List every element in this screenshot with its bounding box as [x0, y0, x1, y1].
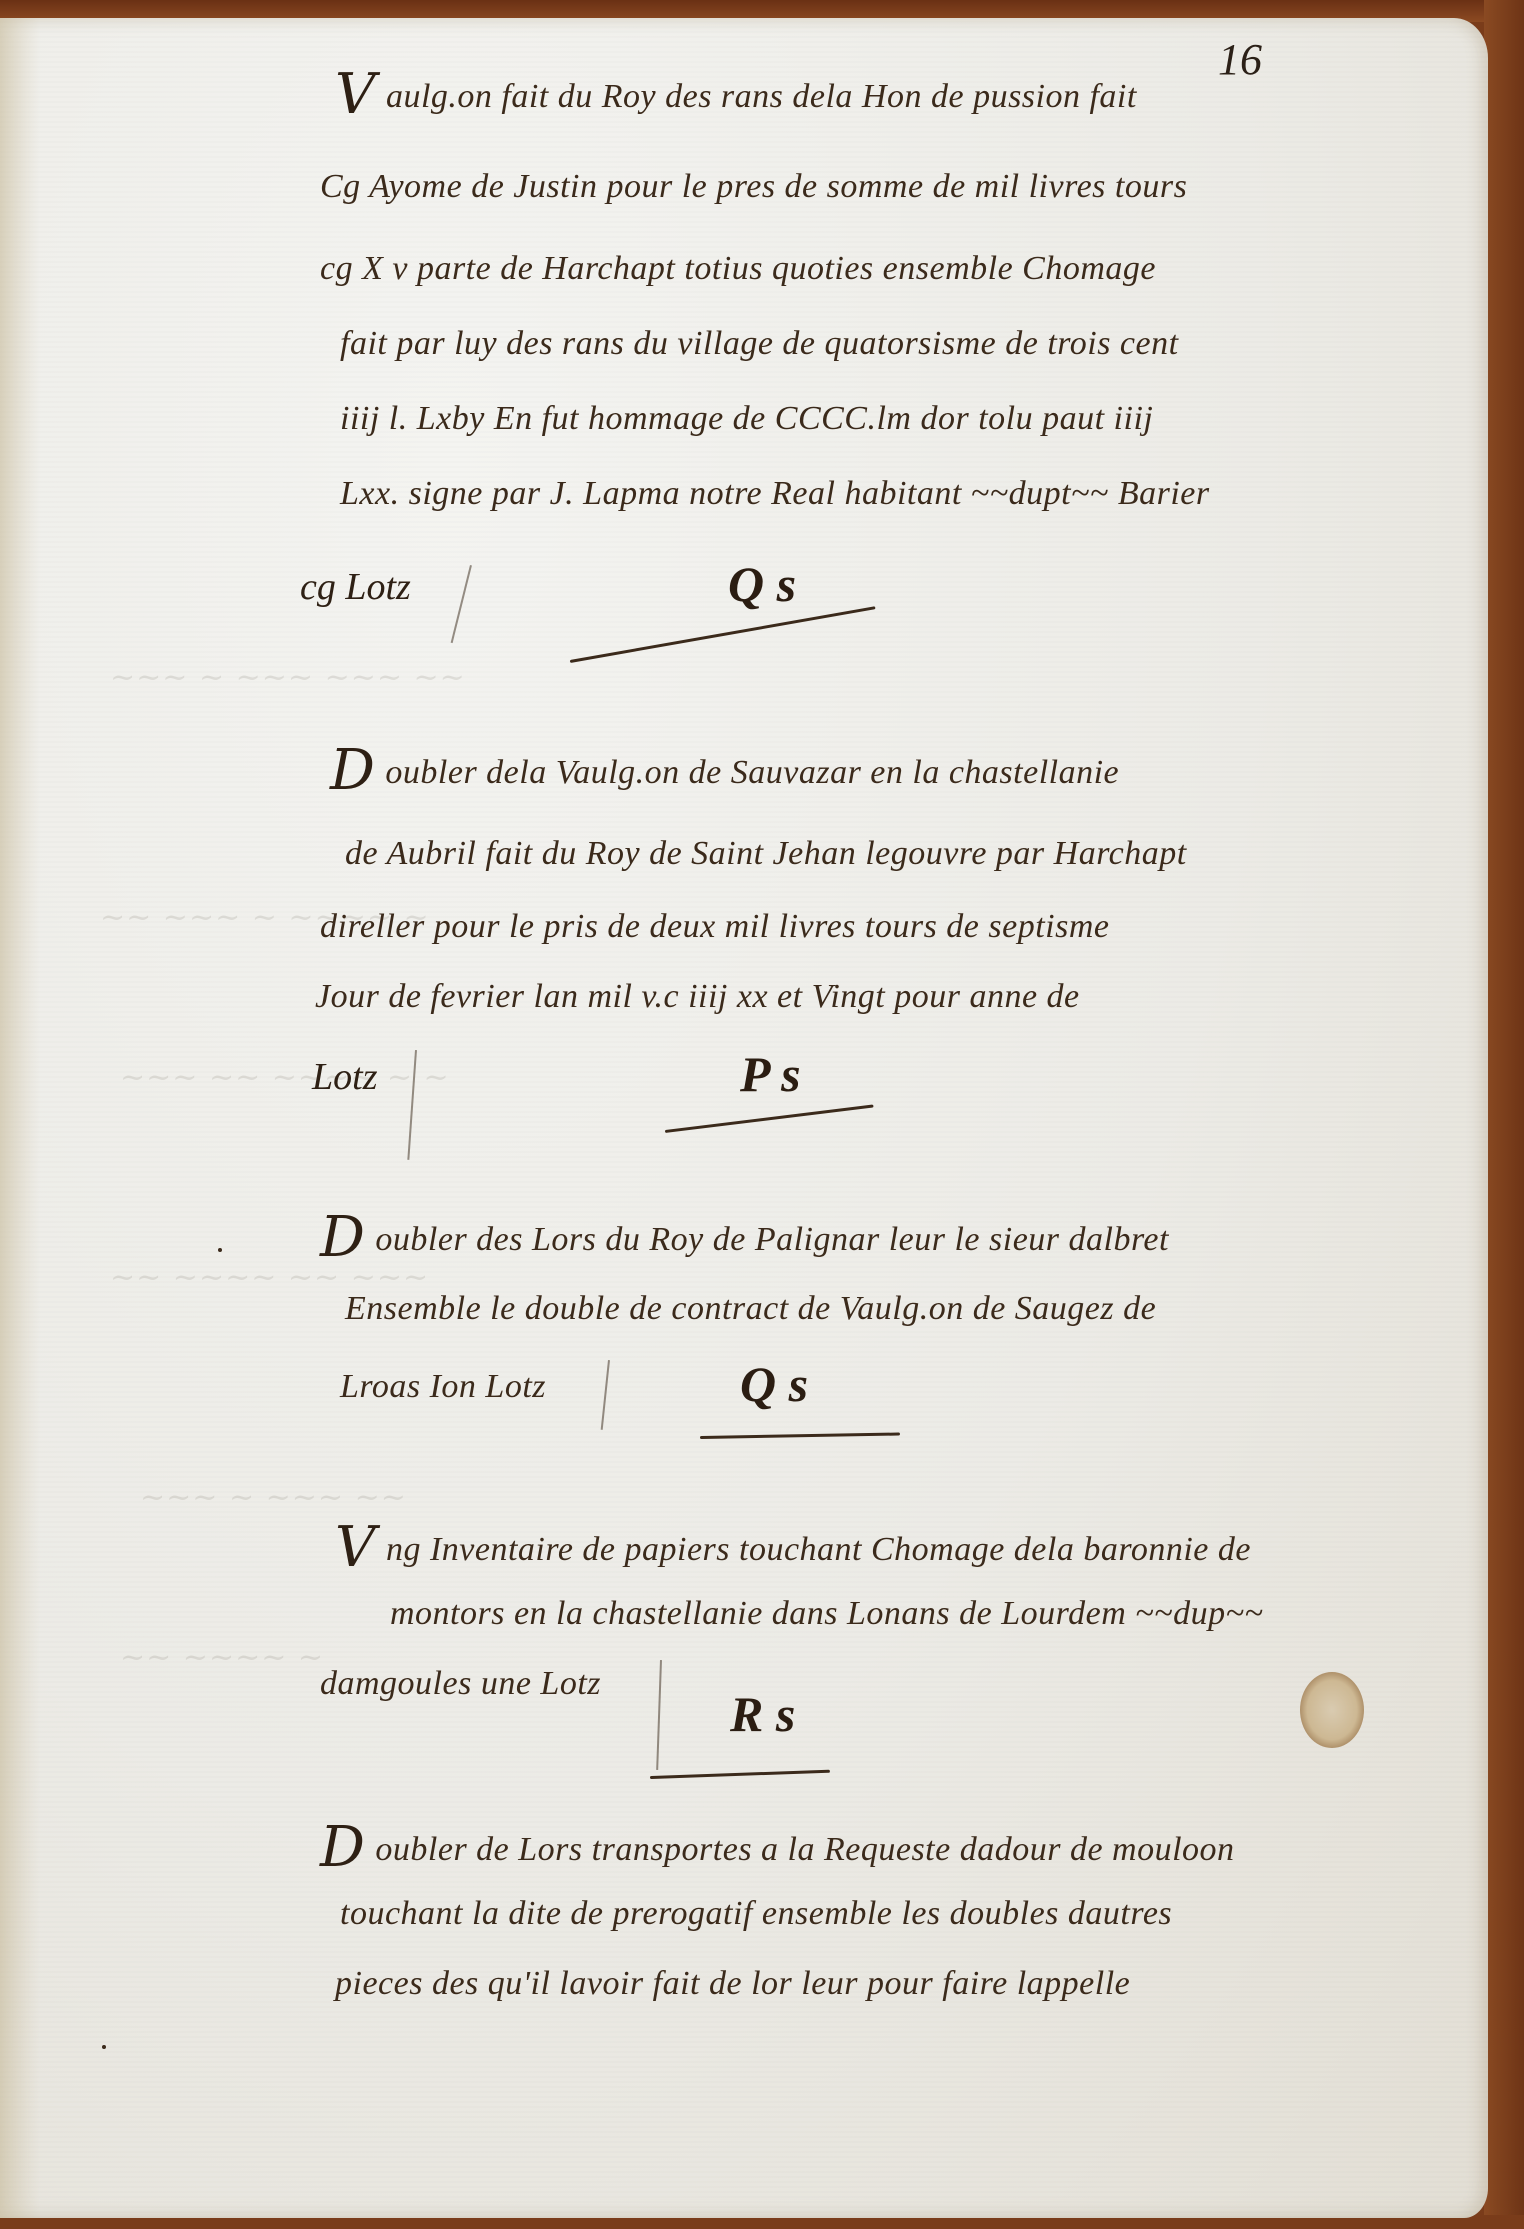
entry-5-initial: D: [320, 1815, 365, 1880]
entry-1-line-6: Lxx. signe par J. Lapma notre Real habit…: [340, 475, 1210, 513]
entry-5-line-2: touchant la dite de prerogatif ensemble …: [340, 1895, 1172, 1933]
bleed-through-text: ~~~ ~~ ~~~~ ~ ~: [120, 1060, 450, 1095]
entry-1-line-4: fait par luy des rans du village de quat…: [340, 325, 1179, 363]
ink-dot: [102, 2045, 106, 2049]
entry-2-line-3: direller pour le pris de deux mil livres…: [320, 908, 1109, 946]
entry-1-initial: V: [335, 62, 376, 127]
entry-2-folio-mark: P s: [740, 1045, 801, 1103]
entry-2-initial: D: [330, 738, 375, 803]
page-left-shading: [0, 18, 40, 2218]
page-number: 16: [1218, 34, 1262, 85]
bleed-through-text: ~~~ ~ ~~~ ~~: [140, 1480, 407, 1515]
entry-5-line-1: Doubler de Lors transportes a la Request…: [320, 1815, 1235, 1880]
entry-1-line-5: iiij l. Lxby En fut hommage de CCCC.lm d…: [340, 400, 1153, 438]
entry-1-line-1: Vaulg.on fait du Roy des rans dela Hon d…: [335, 62, 1137, 127]
entry-2-line-2: de Aubril fait du Roy de Saint Jehan leg…: [345, 835, 1187, 873]
bleed-through-text: ~~ ~~~~ ~: [120, 1640, 324, 1675]
entry-3-folio-mark: Q s: [740, 1355, 808, 1413]
entry-4-folio-mark: R s: [730, 1685, 795, 1743]
entry-2-line-1: Doubler dela Vaulg.on de Sauvazar en la …: [330, 738, 1119, 803]
entry-4-line-1: Vng Inventaire de papiers touchant Choma…: [335, 1515, 1251, 1580]
entry-3-line-3: Lroas Ion Lotz: [340, 1368, 546, 1406]
entry-1-margin-mark: cg Lotz: [300, 565, 411, 609]
entry-2-margin-mark: Lotz: [312, 1055, 377, 1099]
entry-1-folio-mark: Q s: [728, 555, 796, 613]
ink-stain: [1300, 1672, 1364, 1748]
entry-4-line-3: damgoules une Lotz: [320, 1665, 601, 1703]
entry-4-line-2: montors en la chastellanie dans Lonans d…: [390, 1595, 1263, 1633]
bleed-through-text: ~~~ ~ ~~~ ~~~ ~~: [110, 660, 466, 695]
entry-1-line-2: Cg Ayome de Justin pour le pres de somme…: [320, 168, 1187, 206]
entry-3-line-1: Doubler des Lors du Roy de Palignar leur…: [320, 1205, 1169, 1270]
frame-right-edge: [1484, 0, 1524, 2229]
entry-1-line-3: cg X v parte de Harchapt totius quoties …: [320, 250, 1156, 288]
entry-2-line-4: Jour de fevrier lan mil v.c iiij xx et V…: [315, 978, 1080, 1016]
entry-3-initial: D: [320, 1205, 365, 1270]
entry-5-line-3: pieces des qu'il lavoir fait de lor leur…: [335, 1965, 1130, 2003]
entry-3-line-2: Ensemble le double de contract de Vaulg.…: [345, 1290, 1156, 1328]
ink-dot: [218, 1248, 222, 1252]
entry-4-initial: V: [335, 1515, 376, 1580]
